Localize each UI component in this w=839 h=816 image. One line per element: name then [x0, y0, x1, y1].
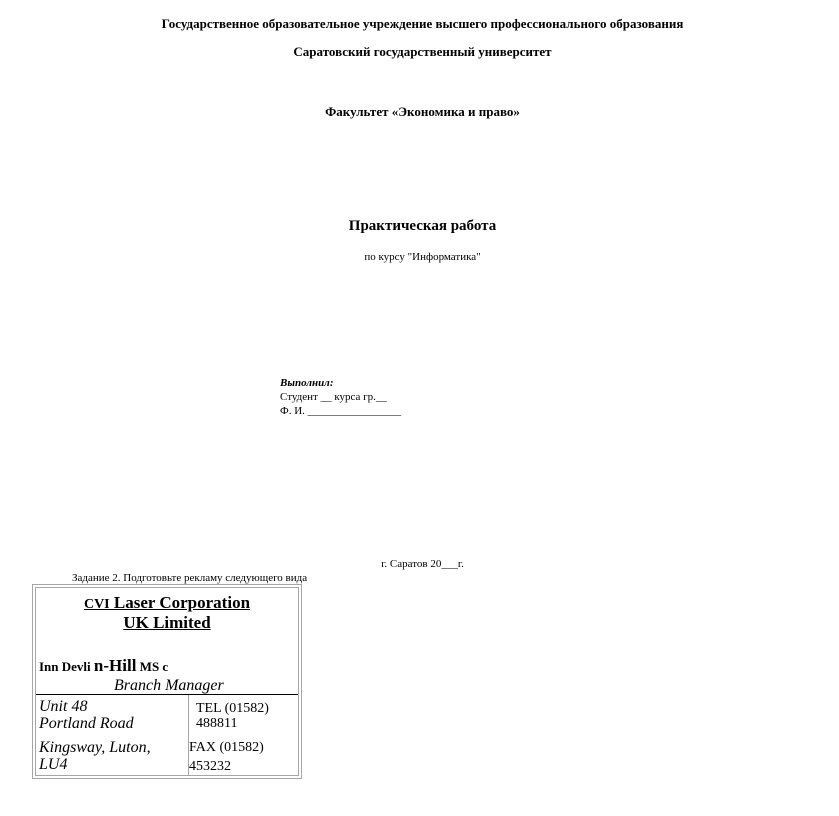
telephone-block: TEL (01582) 488811	[196, 701, 269, 731]
company-name: CVI Laser Corporation UK Limited	[36, 594, 298, 632]
address-line-4: LU4	[39, 756, 151, 773]
address-block-1: Unit 48 Portland Road	[39, 698, 134, 732]
person-name: Inn Devli n-Hill MS c	[39, 656, 168, 676]
university-heading: Саратовский государственный университет	[0, 44, 839, 60]
business-card-ad: CVI Laser Corporation UK Limited Inn Dev…	[32, 584, 302, 779]
tel-label: TEL (01582)	[196, 701, 269, 716]
city-year-line: г. Саратов 20___г.	[0, 558, 839, 570]
address-line-1: Unit 48	[39, 698, 134, 715]
address-block-2: Kingsway, Luton, LU4	[39, 739, 151, 773]
institution-heading: Государственное образовательное учрежден…	[0, 16, 839, 32]
course-subtitle: по курсу "Информатика"	[0, 251, 839, 263]
person-name-part2: n-Hill	[94, 656, 137, 675]
person-role: Branch Manager	[114, 677, 224, 695]
faculty-heading: Факультет «Экономика и право»	[0, 104, 839, 120]
company-prefix: CVI	[84, 597, 110, 612]
work-title: Практическая работа	[0, 218, 839, 235]
task-text: Задание 2. Подготовьте рекламу следующег…	[72, 572, 307, 584]
horizontal-divider	[36, 694, 298, 695]
tel-number: 488811	[196, 716, 269, 731]
fax-label: FAX (01582)	[189, 740, 264, 755]
person-name-part1: Inn Devli	[39, 659, 94, 674]
fax-number: 453232	[189, 759, 264, 774]
business-card-inner: CVI Laser Corporation UK Limited Inn Dev…	[35, 587, 299, 776]
fax-block: FAX (01582) 453232	[189, 740, 264, 774]
address-line-3: Kingsway, Luton,	[39, 739, 151, 756]
signature-block: Выполнил: Студент __ курса гр.__ Ф. И. _…	[280, 376, 401, 418]
person-name-part3: MS c	[136, 659, 168, 674]
company-line2: UK Limited	[123, 613, 210, 632]
company-line1: Laser Corporation	[110, 593, 250, 612]
name-line: Ф. И. _________________	[280, 404, 401, 418]
student-line: Студент __ курса гр.__	[280, 390, 401, 404]
address-line-2: Portland Road	[39, 715, 134, 732]
done-label: Выполнил:	[280, 376, 401, 390]
